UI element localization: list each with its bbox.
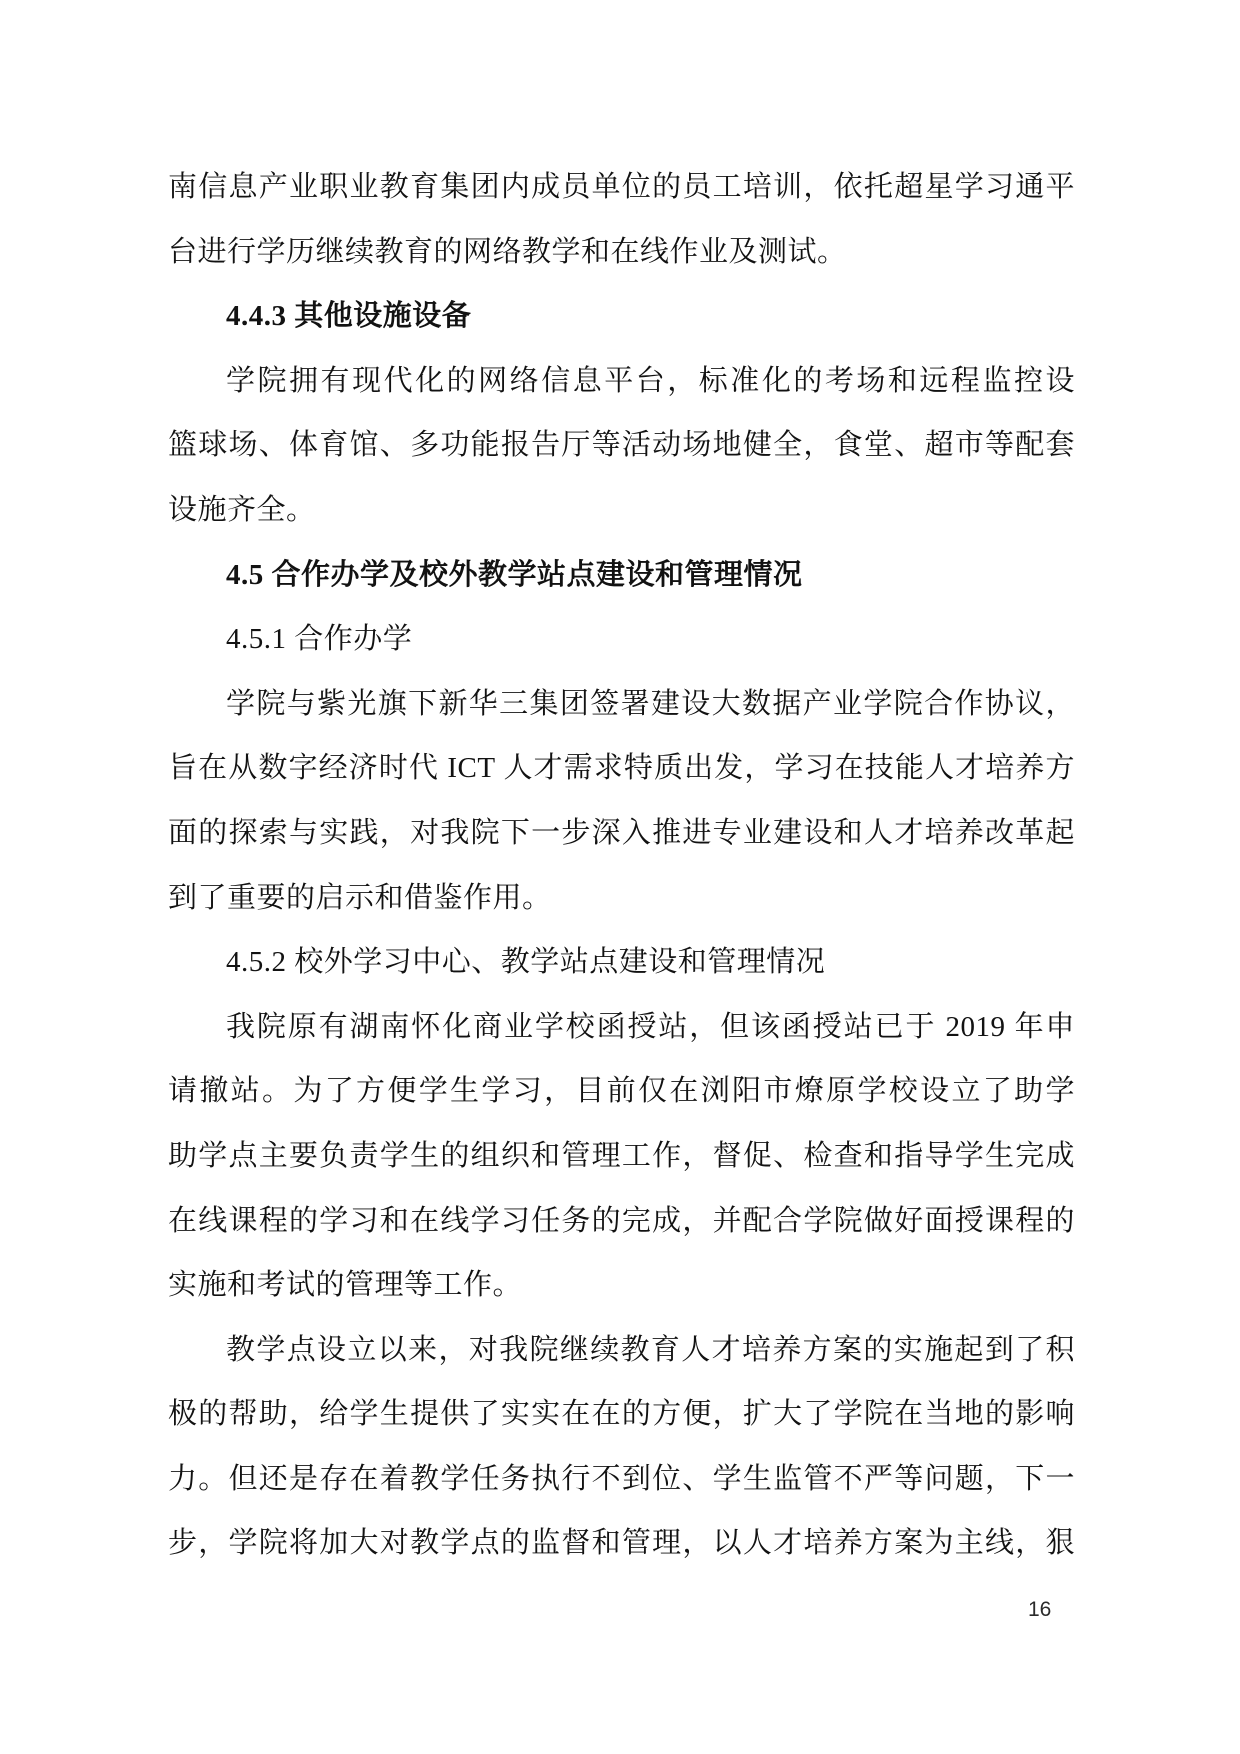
text-line: 设施齐全。 — [168, 478, 1075, 543]
section-heading: 4.5 合作办学及校外教学站点建设和管理情况 — [168, 543, 1075, 608]
text-line: 实施和考试的管理等工作。 — [168, 1253, 1075, 1318]
text-line: 教学点设立以来，对我院继续教育人才培养方案的实施起到了积 — [168, 1318, 1075, 1383]
section-heading: 4.5.2 校外学习中心、教学站点建设和管理情况 — [168, 930, 1075, 995]
section-heading: 4.4.3 其他设施设备 — [168, 284, 1075, 349]
text-line: 步，学院将加大对教学点的监督和管理，以人才培养方案为主线，狠 — [168, 1511, 1075, 1576]
text-line: 到了重要的启示和借鉴作用。 — [168, 866, 1075, 931]
text-line: 在线课程的学习和在线学习任务的完成，并配合学院做好面授课程的 — [168, 1189, 1075, 1254]
document-body: 南信息产业职业教育集团内成员单位的员工培训，依托超星学习通平台进行学历继续教育的… — [168, 155, 1075, 1576]
text-line: 力。但还是存在着教学任务执行不到位、学生监管不严等问题，下一 — [168, 1447, 1075, 1512]
text-line: 学院拥有现代化的网络信息平台，标准化的考场和远程监控设备， — [168, 349, 1075, 414]
text-line: 我院原有湖南怀化商业学校函授站，但该函授站已于 2019 年申 — [168, 995, 1075, 1060]
text-line: 旨在从数字经济时代 ICT 人才需求特质出发，学习在技能人才培养方 — [168, 736, 1075, 801]
text-line: 台进行学历继续教育的网络教学和在线作业及测试。 — [168, 220, 1075, 285]
text-line: 篮球场、体育馆、多功能报告厅等活动场地健全，食堂、超市等配套 — [168, 413, 1075, 478]
text-line: 面的探索与实践，对我院下一步深入推进专业建设和人才培养改革起 — [168, 801, 1075, 866]
text-line: 学院与紫光旗下新华三集团签署建设大数据产业学院合作协议， — [168, 672, 1075, 737]
page-number: 16 — [1028, 1598, 1051, 1622]
section-heading: 4.5.1 合作办学 — [168, 607, 1075, 672]
text-line: 请撤站。为了方便学生学习，目前仅在浏阳市燎原学校设立了助学点。 — [168, 1059, 1075, 1124]
text-line: 极的帮助，给学生提供了实实在在的方便，扩大了学院在当地的影响 — [168, 1382, 1075, 1447]
text-line: 南信息产业职业教育集团内成员单位的员工培训，依托超星学习通平 — [168, 155, 1075, 220]
document-page: 南信息产业职业教育集团内成员单位的员工培训，依托超星学习通平台进行学历继续教育的… — [0, 0, 1240, 1754]
text-line: 助学点主要负责学生的组织和管理工作，督促、检查和指导学生完成 — [168, 1124, 1075, 1189]
